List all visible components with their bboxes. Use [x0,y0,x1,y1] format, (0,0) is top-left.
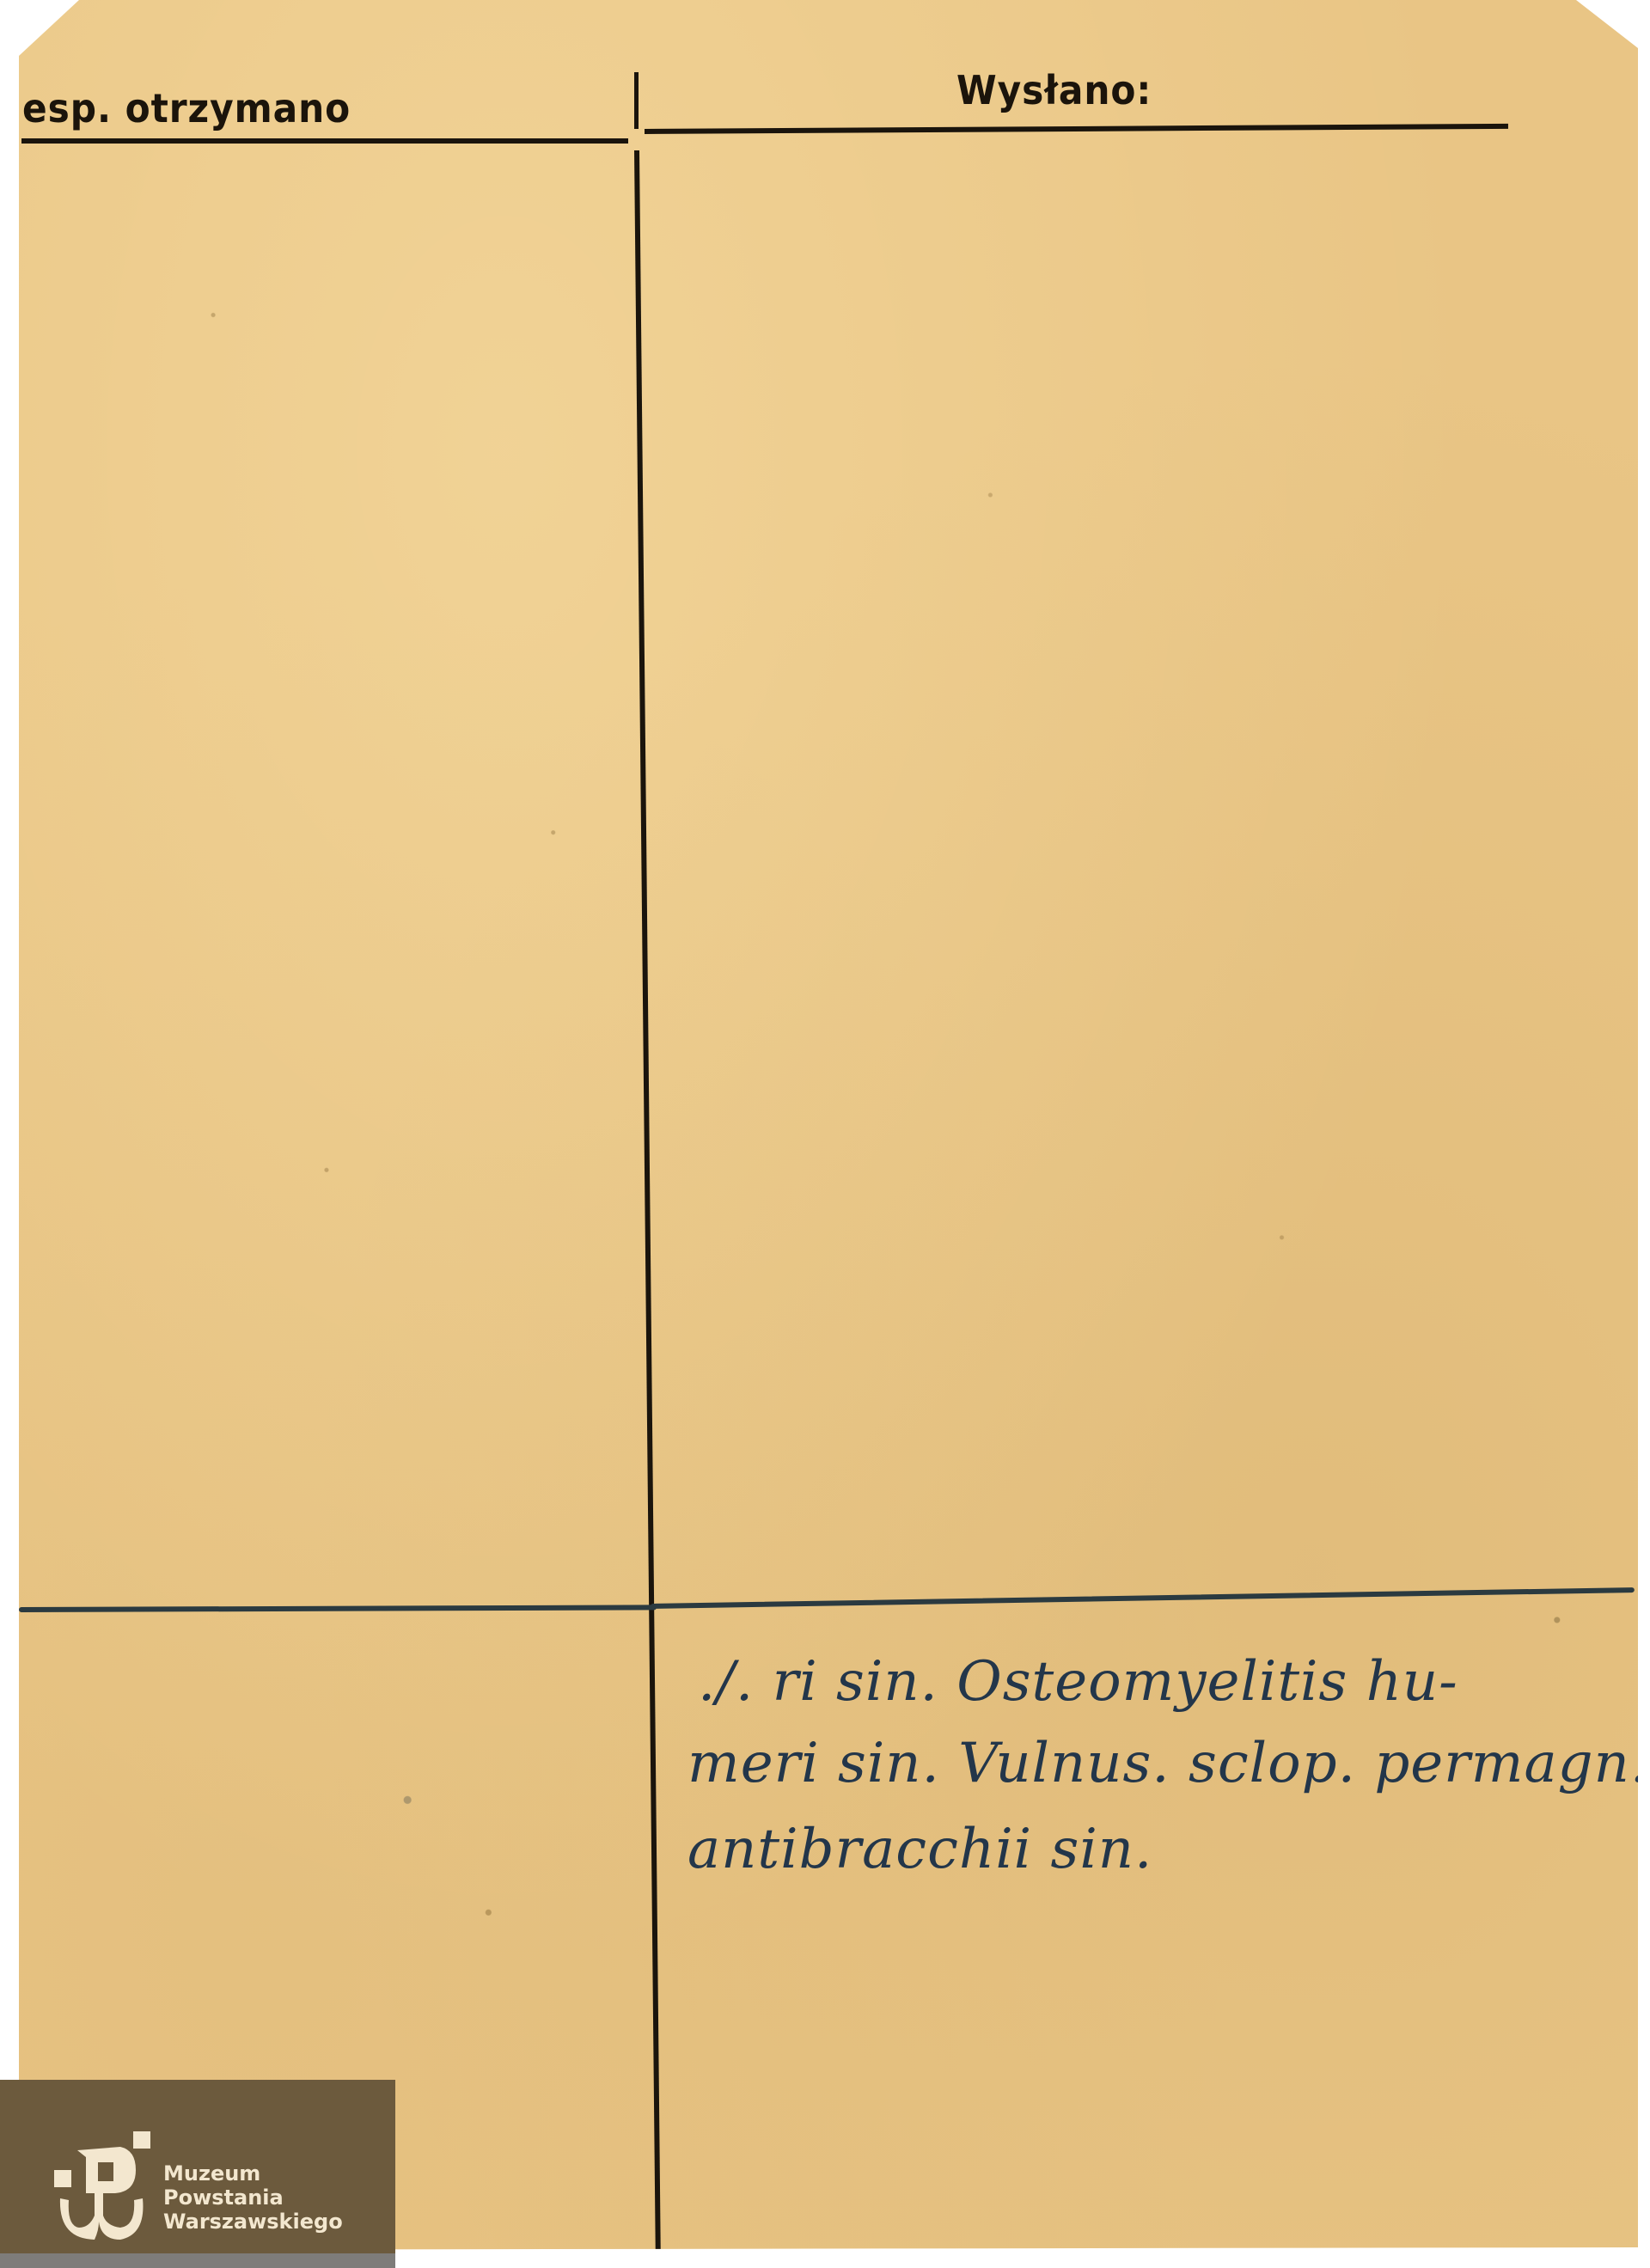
museum-watermark: Muzeum Powstania Warszawskiego [0,2080,395,2268]
museum-name-line-3: Warszawskiego [163,2210,343,2234]
section-divider-right [651,1587,1635,1609]
header-right-label: Wysłano: [956,67,1152,113]
column-divider [634,150,661,2250]
handwriting-line-2: meri sin. Vulnus. sclop. permagn. [687,1732,1648,1795]
handwriting-line-3: antibracchii sin. [687,1818,1152,1881]
header-rule-left [21,138,628,144]
header-left-label: esp. otrzymano [22,85,351,131]
museum-name: Muzeum Powstania Warszawskiego [163,2161,343,2234]
kotwica-anchor-icon [52,2131,150,2243]
handwriting-line-1: ./. ri sin. Osteomyelitis hu- [698,1650,1458,1714]
section-divider-left [19,1605,657,1612]
column-divider-top [634,72,639,129]
watermark-bottom-strip [0,2253,395,2268]
header-rule-right [645,124,1508,134]
museum-name-line-1: Muzeum [163,2161,343,2185]
paper-sheet: esp. otrzymano Wysłano: ./. ri sin. Oste… [19,0,1638,2250]
museum-name-line-2: Powstania [163,2185,343,2210]
